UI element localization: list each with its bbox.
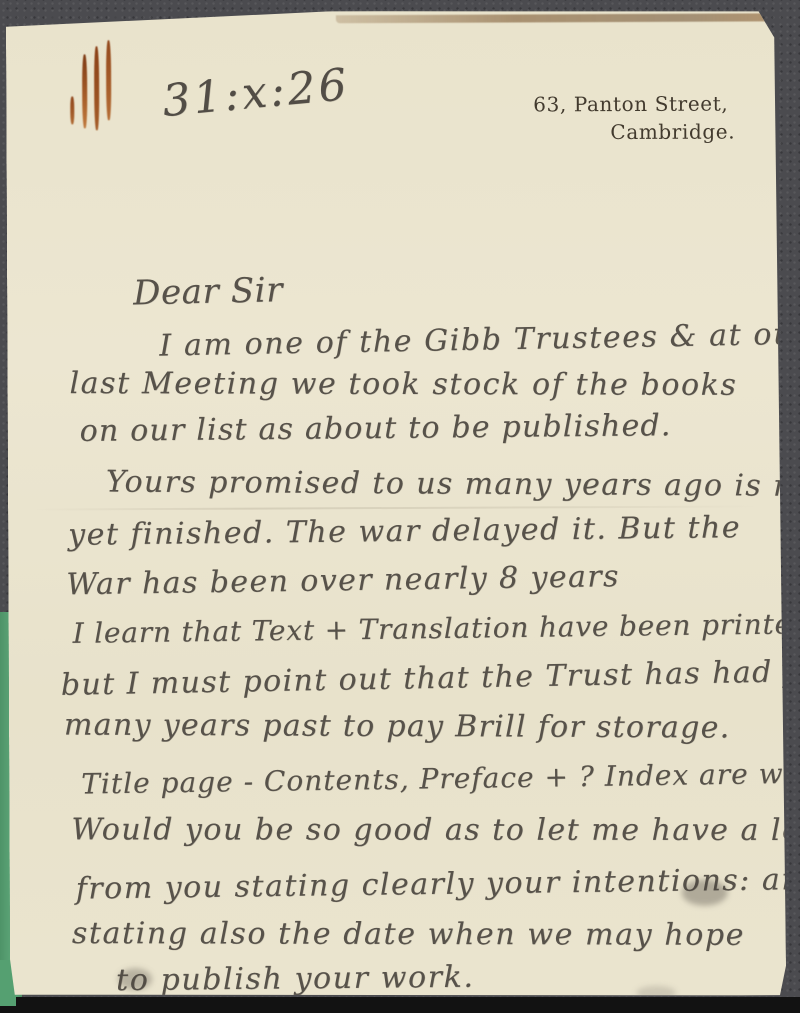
letter-line: last Meeting we took stock of the books <box>69 366 737 403</box>
letter-line: but I must point out that the Trust has … <box>61 654 800 703</box>
letter-line: Title page - Contents, Preface + ? Index… <box>81 756 800 801</box>
letter-line: many years past to pay Brill for storage… <box>64 708 731 746</box>
letter-line: I am one of the Gibb Trustees & at our <box>159 317 800 364</box>
rust-stain <box>70 96 74 124</box>
paper-crease <box>28 505 768 510</box>
letter-line: Would you be so good as to let me have a… <box>71 812 800 848</box>
rust-stain <box>82 54 87 128</box>
letterhead-address: 63, Panton Street, <box>533 92 728 117</box>
rust-stain <box>94 46 99 130</box>
handwritten-date: 31:x:26 <box>160 59 351 127</box>
letterhead-city: Cambridge. <box>610 120 735 145</box>
rust-stain <box>106 40 111 120</box>
ink-smudge <box>682 880 728 906</box>
letter-line: yet finished. The war delayed it. But th… <box>68 510 741 553</box>
letter-line: on our list as about to be published. <box>80 408 672 449</box>
ink-smudge <box>118 968 152 990</box>
torn-edge <box>336 13 781 23</box>
letter-line: to publish your work. <box>116 960 475 998</box>
bottom-black-band <box>0 997 800 1013</box>
letter-line: War has been over nearly 8 years <box>66 559 620 602</box>
letter-line: I learn that Text + Translation have bee… <box>72 607 800 650</box>
letter-line: Yours promised to us many years ago is n… <box>106 464 800 503</box>
letter-paper: 31:x:26 63, Panton Street, Cambridge. De… <box>6 7 786 998</box>
letter-salutation: Dear Sir <box>133 270 284 313</box>
letter-photo: 31:x:26 63, Panton Street, Cambridge. De… <box>0 0 800 1013</box>
letter-line: stating also the date when we may hope <box>72 916 745 953</box>
